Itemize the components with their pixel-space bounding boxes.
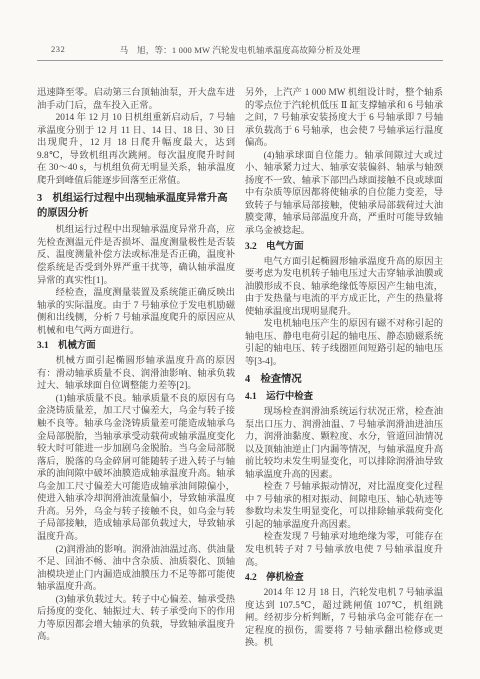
subsection-heading-4-2: 4.2 停机检查 [245,572,443,585]
subsection-heading-3-1: 3.1 机械方面 [37,340,235,353]
paragraph: 2014 年 12 月 10 日机组重新启动后，7 号轴承温度分别于 12 月 … [37,112,235,187]
paragraph: (4)轴承球面自位能力。轴承间隙过大或过小、轴承紧力过大、轴承安装偏斜、轴承与轴… [245,150,443,238]
running-title: 马 旭，等：1 000 MW 汽轮发电机轴承温度高故障分析及处理 [37,44,443,56]
subsection-heading-3-2: 3.2 电气方面 [245,241,443,254]
paragraph: 另外，上汽产 1 000 MW 机组设计时，整个轴系的零点位于汽轮机低压 Ⅱ 缸… [245,87,443,150]
paragraph: 2014 年 12 月 18 日，汽轮发电机 7 号轴承温度达到 107.5℃，… [245,587,443,650]
left-column: 迅速降至零。启动第三台顶轴油泵，开大盘车进油手动门后，盘车投入正常。 2014 … [37,87,235,650]
subsection-heading-4-1: 4.1 运行中检查 [245,391,443,404]
paragraph: 发电机轴电压产生的原因有磁不对称引起的轴电压、静电电荷引起的轴电压、静态励磁系统… [245,318,443,368]
section-heading-4: 4 检查情况 [245,373,443,388]
paragraph: 迅速降至零。启动第三台顶轴油泵，开大盘车进油手动门后，盘车投入正常。 [37,87,235,112]
text-columns: 迅速降至零。启动第三台顶轴油泵，开大盘车进油手动门后，盘车投入正常。 2014 … [37,87,443,650]
paragraph: 机组运行过程中出现轴承温度异常升高，应先检查测温元件是否损坏、温度测量极性是否装… [37,224,235,287]
section-heading-3: 3 机组运行过程中出现轴承温度异常升高的原因分析 [37,192,235,221]
paragraph: (2)润滑油的影响。润滑油油温过高、供油量不足、回油不畅、油中含杂质、油质裂化、… [37,544,235,594]
paragraph: 机械方面引起椭圆形轴承温度升高的原因有：滑动轴承质量不良、润滑油影响、轴承负载过… [37,355,235,393]
page-header: 232 马 旭，等：1 000 MW 汽轮发电机轴承温度高故障分析及处理 [37,43,443,61]
paragraph: (3)轴承负载过大。转子中心偏差、轴承受热后扬度的变化、轴振过大、转子承受向下的… [37,594,235,644]
paper-page: 232 马 旭，等：1 000 MW 汽轮发电机轴承温度高故障分析及处理 迅速降… [0,0,480,679]
paragraph: 检查发现 7 号轴承对地绝缘为零，可能存在发电机转子对 7 号轴承放电使 7 号… [245,531,443,569]
paragraph: 经检查，温度测量装置及系统能正确反映出轴承的实际温度。由于 7 号轴承位于发电机… [37,287,235,337]
paragraph: 现场检查润滑油系统运行状况正常，检查油泵出口压力、润滑油温、7 号轴承润滑油进油… [245,406,443,481]
paragraph: (1)轴承质量不良。轴承质量不良的原因有乌金浇铸质量差，加工尺寸偏差大，乌金与转… [37,393,235,544]
right-column: 另外，上汽产 1 000 MW 机组设计时，整个轴系的零点位于汽轮机低压 Ⅱ 缸… [245,87,443,650]
paragraph: 检查 7 号轴承振动情况，对比温度变化过程中 7 号轴承的相对振动、间隙电压、轴… [245,481,443,531]
paragraph: 电气方面引起椭圆形轴承温度升高的原因主要考虑为发电机转子轴电压过大击穿轴承油膜或… [245,256,443,319]
